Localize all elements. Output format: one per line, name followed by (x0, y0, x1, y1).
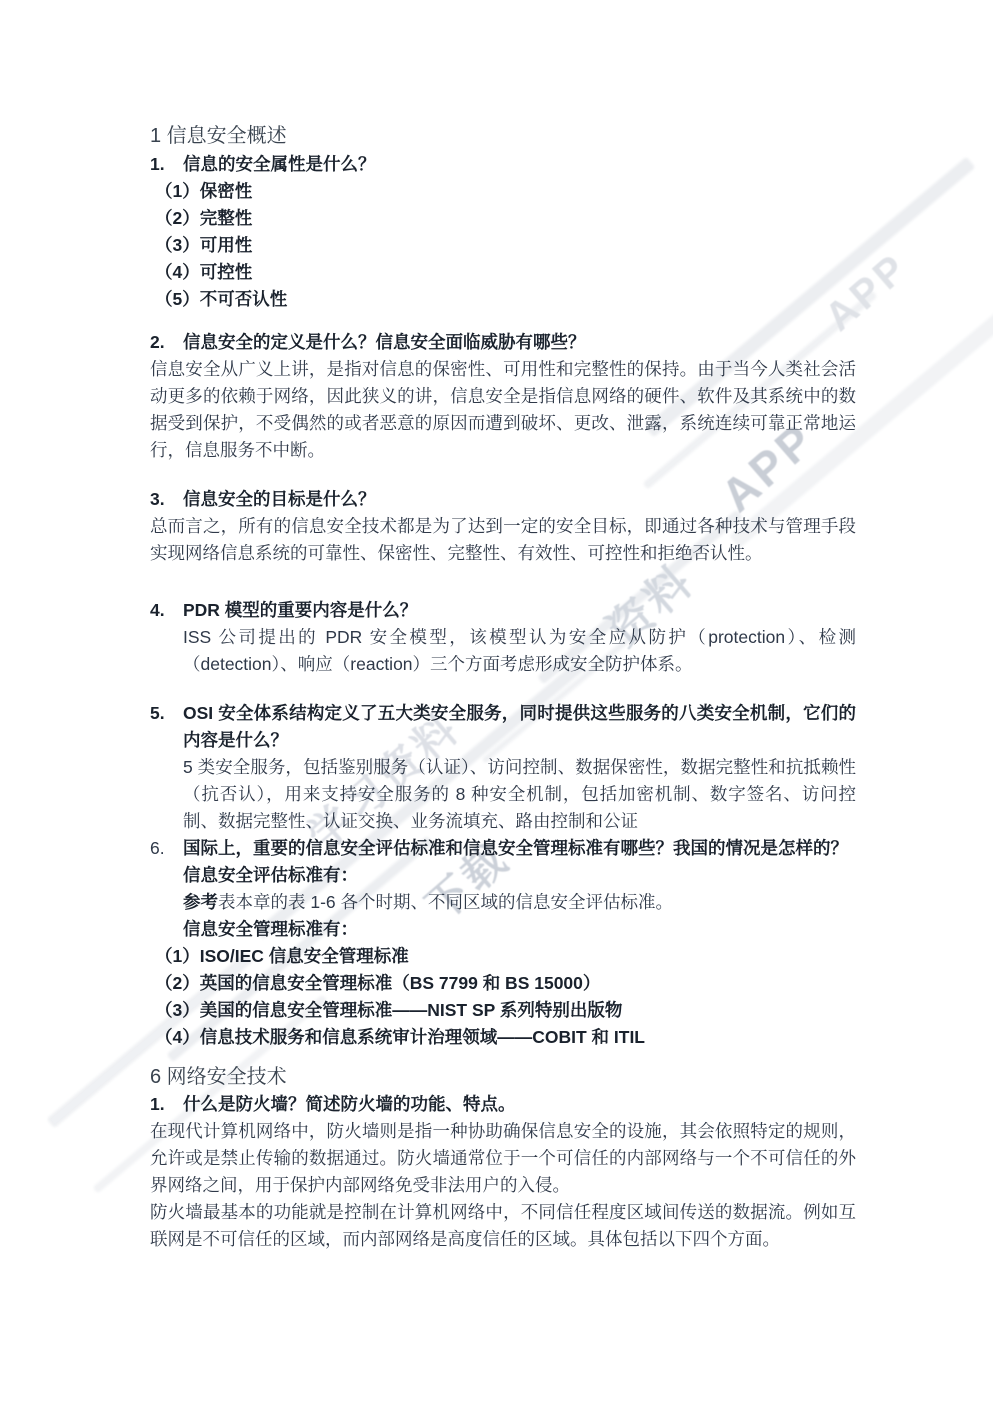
document-page: APP APP 资料 学习资料 下载 1 信息安全概述 1. 信息的安全属性是什… (0, 0, 993, 1404)
mgmt-standard-item: （2）英国的信息安全管理标准（BS 7799 和 BS 15000） (155, 970, 856, 997)
spacer (150, 313, 856, 329)
question-2-answer: 信息安全从广义上讲，是指对信息的保密性、可用性和完整性的保持。由于当今人类社会活… (150, 356, 856, 464)
spacer (150, 567, 856, 597)
spacer (150, 678, 856, 700)
mgmt-standards-label: 信息安全管理标准有： (183, 916, 856, 943)
mgmt-standard-item: （3）美国的信息安全管理标准——NIST SP 系列特别出版物 (155, 997, 856, 1024)
mgmt-standard-item: （4）信息技术服务和信息系统审计治理领域——COBIT 和 ITIL (155, 1024, 856, 1051)
question-2-text: 信息安全的定义是什么？信息安全面临威胁有哪些？ (183, 329, 856, 356)
document-content: 1 信息安全概述 1. 信息的安全属性是什么？ （1）保密性 （2）完整性 （3… (150, 0, 856, 1253)
mgmt-standard-item: （1）ISO/IEC 信息安全管理标准 (155, 943, 856, 970)
reference-bold-part: 参考 (183, 892, 218, 912)
security-attribute-item: （1）保密性 (155, 178, 856, 205)
question-3-number: 3. (150, 486, 183, 513)
eval-standards-label: 信息安全评估标准有： (183, 862, 856, 889)
spacer (150, 1051, 856, 1057)
question-4: 4. PDR 模型的重要内容是什么？ (150, 597, 856, 624)
question-6-text: 国际上，重要的信息安全评估标准和信息安全管理标准有哪些？我国的情况是怎样的？ (183, 835, 856, 862)
question-2-number: 2. (150, 329, 183, 356)
security-attribute-item: （4）可控性 (155, 259, 856, 286)
firewall-answer-paragraph-2: 防火墙最基本的功能就是控制在计算机网络中，不同信任程度区域间传送的数据流。例如互… (150, 1199, 856, 1253)
firewall-question-1-text: 什么是防火墙？简述防火墙的功能、特点。 (183, 1091, 856, 1118)
spacer (150, 464, 856, 486)
question-3: 3. 信息安全的目标是什么？ (150, 486, 856, 513)
question-4-text: PDR 模型的重要内容是什么？ (183, 597, 856, 624)
question-2: 2. 信息安全的定义是什么？信息安全面临威胁有哪些？ (150, 329, 856, 356)
question-5-text: OSI 安全体系结构定义了五大类安全服务，同时提供这些服务的八类安全机制，它们的… (183, 700, 856, 754)
question-3-text: 信息安全的目标是什么？ (183, 486, 856, 513)
chapter-6-title: 6 网络安全技术 (150, 1063, 856, 1091)
firewall-question-1-number: 1. (150, 1091, 183, 1118)
question-5: 5. OSI 安全体系结构定义了五大类安全服务，同时提供这些服务的八类安全机制，… (150, 700, 856, 754)
firewall-question-1: 1. 什么是防火墙？简述防火墙的功能、特点。 (150, 1091, 856, 1118)
security-attribute-item: （3）可用性 (155, 232, 856, 259)
question-4-number: 4. (150, 597, 183, 624)
eval-standards-reference: 参考表本章的表 1-6 各个时期、不同区域的信息安全评估标准。 (183, 889, 856, 916)
question-3-answer: 总而言之，所有的信息安全技术都是为了达到一定的安全目标，即通过各种技术与管理手段… (150, 513, 856, 567)
firewall-answer-paragraph-1: 在现代计算机网络中，防火墙则是指一种协助确保信息安全的设施，其会依照特定的规则，… (150, 1118, 856, 1199)
security-attribute-item: （5）不可否认性 (155, 286, 856, 313)
reference-regular-part: 表本章的表 1-6 各个时期、不同区域的信息安全评估标准。 (218, 892, 673, 912)
question-4-answer: ISS 公司提出的 PDR 安全模型，该模型认为安全应从防护（protectio… (183, 624, 856, 678)
question-5-answer: 5 类安全服务，包括鉴别服务（认证）、访问控制、数据保密性，数据完整性和抗抵赖性… (183, 754, 856, 835)
question-1-number: 1. (150, 151, 183, 178)
question-6: 6. 国际上，重要的信息安全评估标准和信息安全管理标准有哪些？我国的情况是怎样的… (150, 835, 856, 862)
question-1: 1. 信息的安全属性是什么？ (150, 151, 856, 178)
question-6-number: 6. (150, 835, 183, 862)
question-1-text: 信息的安全属性是什么？ (183, 151, 856, 178)
security-attribute-item: （2）完整性 (155, 205, 856, 232)
question-5-number: 5. (150, 700, 183, 754)
chapter-1-title: 1 信息安全概述 (150, 121, 856, 151)
